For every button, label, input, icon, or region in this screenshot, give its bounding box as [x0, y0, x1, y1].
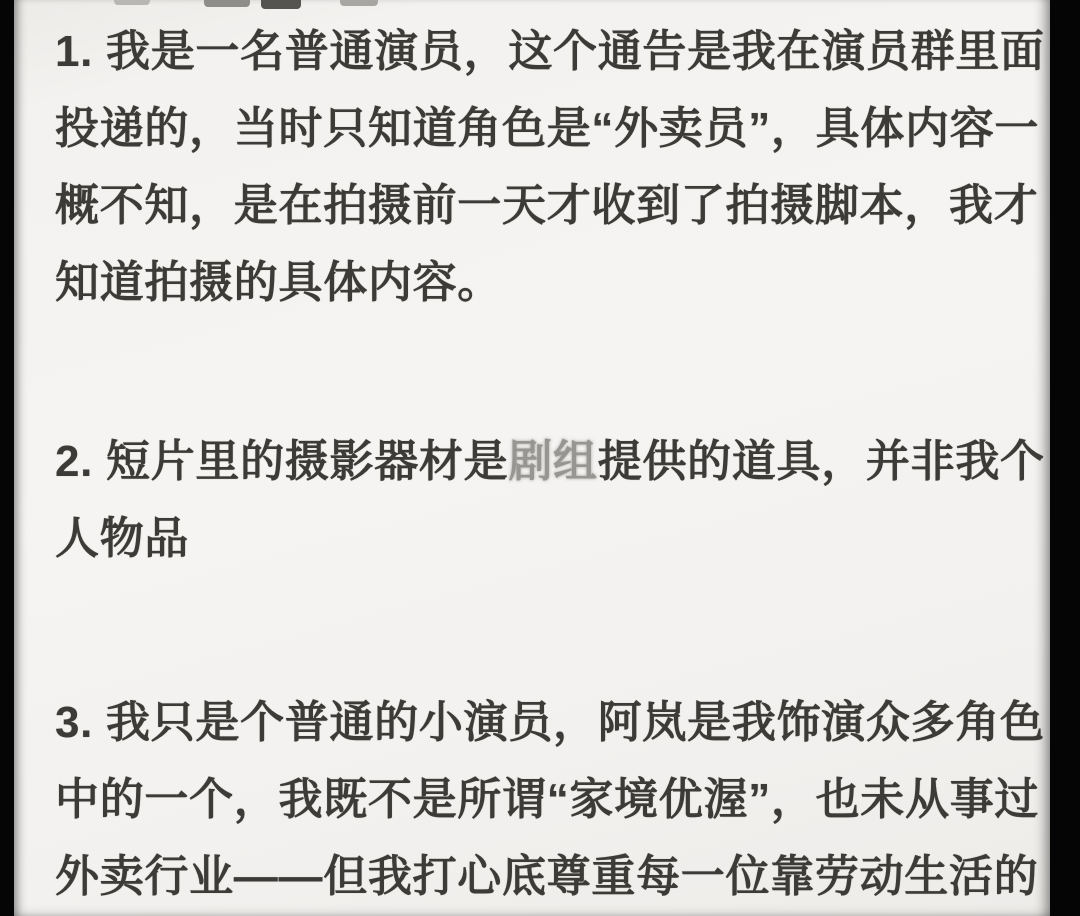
text-line: 概不知，是在拍摄前一天才收到了拍摄脚本，我才: [55, 167, 1030, 244]
clipped-glyph-fragment: [340, 0, 378, 6]
paragraph-2: 2. 短片里的摄影器材是剧组提供的道具，并非我个 人物品: [55, 423, 1030, 577]
text-segment: 投递的，当时只知道角色是“外卖员”，具体内容一: [55, 104, 1039, 153]
text-line: 投递的，当时只知道角色是“外卖员”，具体内容一: [55, 90, 1030, 167]
text-segment: 概不知，是在拍摄前一天才收到了拍摄脚本，我才: [55, 181, 1038, 230]
clipped-glyph-fragment: [261, 0, 301, 9]
text-segment: 外卖行业——但我打心底尊重每一位靠劳动生活的: [55, 852, 1038, 901]
text-line: 外卖行业——但我打心底尊重每一位靠劳动生活的: [55, 838, 1030, 915]
clipped-glyph-fragment: [204, 0, 250, 7]
text-segment: 中的一个，我既不是所谓“家境优渥”，也未从事过: [55, 775, 1039, 824]
text-line: 1. 我是一名普通演员，这个通告是我在演员群里面: [55, 13, 1030, 90]
document-page: 1. 我是一名普通演员，这个通告是我在演员群里面 投递的，当时只知道角色是“外卖…: [14, 0, 1050, 916]
text-line: 3. 我只是个普通的小演员，阿岚是我饰演众多角色: [55, 684, 1030, 761]
text-segment: 知道拍摄的具体内容。: [55, 258, 502, 307]
text-segment: 1. 我是一名普通演员，这个通告是我在演员群里面: [55, 27, 1045, 76]
text-line: 中的一个，我既不是所谓“家境优渥”，也未从事过: [55, 761, 1030, 838]
text-line: 2. 短片里的摄影器材是剧组提供的道具，并非我个: [55, 423, 1030, 500]
clipped-glyph-fragment: [114, 0, 150, 5]
text-segment: 人物品: [55, 514, 189, 563]
paragraph-3: 3. 我只是个普通的小演员，阿岚是我饰演众多角色 中的一个，我既不是所谓“家境优…: [55, 684, 1030, 915]
text-line: 人物品: [55, 500, 1030, 577]
paragraph-1: 1. 我是一名普通演员，这个通告是我在演员群里面 投递的，当时只知道角色是“外卖…: [55, 13, 1030, 321]
photo-frame: 1. 我是一名普通演员，这个通告是我在演员群里面 投递的，当时只知道角色是“外卖…: [0, 0, 1080, 916]
text-segment: 提供的道具，并非我个: [598, 437, 1045, 486]
text-segment-watermark-faded: 剧组: [508, 437, 597, 486]
text-segment: 3. 我只是个普通的小演员，阿岚是我饰演众多角色: [55, 698, 1045, 747]
text-segment: 2. 短片里的摄影器材是: [55, 437, 508, 486]
text-line: 知道拍摄的具体内容。: [55, 244, 1030, 321]
